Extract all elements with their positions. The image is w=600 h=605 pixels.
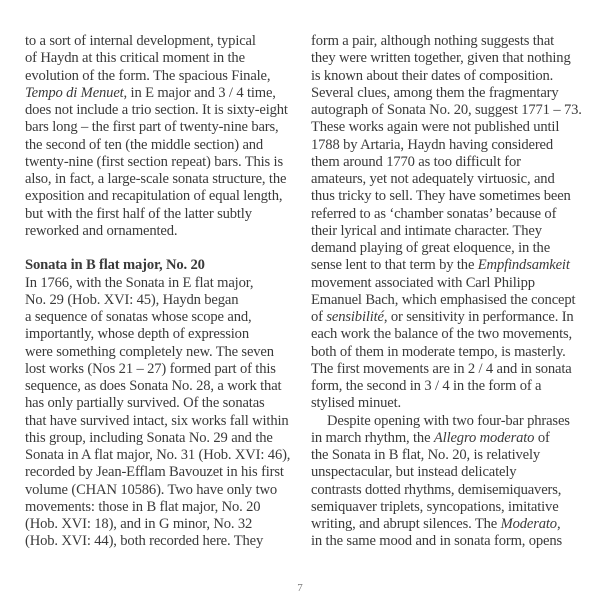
paragraph-gap xyxy=(25,240,287,257)
text-line: Several clues, among them the fragmentar… xyxy=(311,85,581,102)
text-line: (Hob. XVI: 18), and in G minor, No. 32 xyxy=(25,516,287,533)
text-line: that have survived intact, six works fal… xyxy=(25,413,287,430)
text-line: movements: those in B flat major, No. 20 xyxy=(25,499,287,516)
text-line: also, in fact, a large-scale sonata stru… xyxy=(25,171,287,188)
text-line: bars long – the first part of twenty-nin… xyxy=(25,119,287,136)
text-line: the second of ten (the middle section) a… xyxy=(25,137,287,154)
text-line: the Sonata in B flat, No. 20, is relativ… xyxy=(311,447,581,464)
italic-term: Tempo di Menuet xyxy=(25,85,124,101)
text-span: sense lent to that term by the xyxy=(311,257,478,273)
text-line: both of them in moderate tempo, is maste… xyxy=(311,344,581,361)
text-line: volume (CHAN 10586). Two have only two xyxy=(25,482,287,499)
paragraph: form a pair, although nothing suggests t… xyxy=(311,33,581,413)
text-line: The first movements are in 2 / 4 and in … xyxy=(311,361,581,378)
text-line: evolution of the form. The spacious Fina… xyxy=(25,68,287,85)
text-line: of Haydn at this critical moment in the xyxy=(25,50,287,67)
text-line: exposition and recapitulation of equal l… xyxy=(25,188,287,205)
page-number: 7 xyxy=(0,582,600,594)
text-line: autograph of Sonata No. 20, suggest 1771… xyxy=(311,102,581,119)
text-line: writing, and abrupt silences. The Modera… xyxy=(311,516,581,533)
text-line: lost works (Nos 21 – 27) formed part of … xyxy=(25,361,287,378)
text-line: contrasts dotted rhythms, demisemiquaver… xyxy=(311,482,581,499)
text-line: No. 29 (Hob. XVI: 45), Haydn began xyxy=(25,292,287,309)
text-line: recorded by Jean-Efflam Bavouzet in his … xyxy=(25,464,287,481)
text-line: form, the second in 3 / 4 in the form of… xyxy=(311,378,581,395)
text-line: their lyrical and intimate character. Th… xyxy=(311,223,581,240)
italic-term: Empfindsamkeit xyxy=(478,257,570,273)
text-line: has only partially survived. Of the sona… xyxy=(25,395,287,412)
text-line: movement associated with Carl Philipp xyxy=(311,275,581,292)
text-span: , in E major and 3 / 4 time, xyxy=(124,85,276,101)
text-line: Tempo di Menuet, in E major and 3 / 4 ti… xyxy=(25,85,287,102)
section-heading: Sonata in B flat major, No. 20 xyxy=(25,257,287,274)
text-span: of xyxy=(311,309,326,325)
text-line: reworked and ornamented. xyxy=(25,223,287,240)
left-column: to a sort of internal development, typic… xyxy=(25,33,287,551)
paragraph: to a sort of internal development, typic… xyxy=(25,33,287,240)
text-line: they were written together, given that n… xyxy=(311,50,581,67)
text-span: , or sensitivity in performance. In xyxy=(384,309,574,325)
text-line: of sensibilité, or sensitivity in perfor… xyxy=(311,309,581,326)
text-line: semiquaver triplets, syncopations, imita… xyxy=(311,499,581,516)
italic-term: Moderato xyxy=(501,516,557,532)
text-line: a sequence of sonatas whose scope and, xyxy=(25,309,287,326)
text-line: twenty-nine (first section repeat) bars.… xyxy=(25,154,287,171)
text-line: Sonata in A flat major, No. 31 (Hob. XVI… xyxy=(25,447,287,464)
italic-term: sensibilité xyxy=(326,309,384,325)
text-line: unspectacular, but instead delicately xyxy=(311,464,581,481)
italic-term: Allegro moderato xyxy=(434,430,534,446)
text-line: in march rhythm, the Allegro moderato of xyxy=(311,430,581,447)
text-line: to a sort of internal development, typic… xyxy=(25,33,287,50)
text-line: demand playing of great eloquence, in th… xyxy=(311,240,581,257)
text-line: stylised minuet. xyxy=(311,395,581,412)
text-line: in the same mood and in sonata form, ope… xyxy=(311,533,581,550)
text-line: form a pair, although nothing suggests t… xyxy=(311,33,581,50)
text-line: These works again were not published unt… xyxy=(311,119,581,136)
text-line: sequence, as does Sonata No. 28, a work … xyxy=(25,378,287,395)
text-span: in march rhythm, the xyxy=(311,430,434,446)
paragraph: Despite opening with two four-bar phrase… xyxy=(311,413,581,551)
text-line: 1788 by Artaria, Haydn having considered xyxy=(311,137,581,154)
right-column: form a pair, although nothing suggests t… xyxy=(311,33,581,551)
text-line: importantly, whose depth of expression xyxy=(25,326,287,343)
text-line: them around 1770 as too difficult for xyxy=(311,154,581,171)
text-line: but with the first half of the latter su… xyxy=(25,206,287,223)
text-line: In 1766, with the Sonata in E flat major… xyxy=(25,275,287,292)
text-line: Emanuel Bach, which emphasised the conce… xyxy=(311,292,581,309)
text-span: , xyxy=(557,516,561,532)
text-line: thus tricky to sell. They have sometimes… xyxy=(311,188,581,205)
booklet-page: to a sort of internal development, typic… xyxy=(0,0,600,605)
text-span: writing, and abrupt silences. The xyxy=(311,516,501,532)
text-line: amateurs, yet not adequately virtuosic, … xyxy=(311,171,581,188)
text-line: Despite opening with two four-bar phrase… xyxy=(311,413,581,430)
text-span: of xyxy=(534,430,549,446)
text-line: each work the balance of the two movemen… xyxy=(311,326,581,343)
text-line: referred to as ‘chamber sonatas’ because… xyxy=(311,206,581,223)
text-line: (Hob. XVI: 44), both recorded here. They xyxy=(25,533,287,550)
paragraph: In 1766, with the Sonata in E flat major… xyxy=(25,275,287,551)
text-line: were something completely new. The seven xyxy=(25,344,287,361)
text-line: is known about their dates of compositio… xyxy=(311,68,581,85)
text-line: sense lent to that term by the Empfindsa… xyxy=(311,257,581,274)
text-line: this group, including Sonata No. 29 and … xyxy=(25,430,287,447)
text-line: does not include a trio section. It is s… xyxy=(25,102,287,119)
